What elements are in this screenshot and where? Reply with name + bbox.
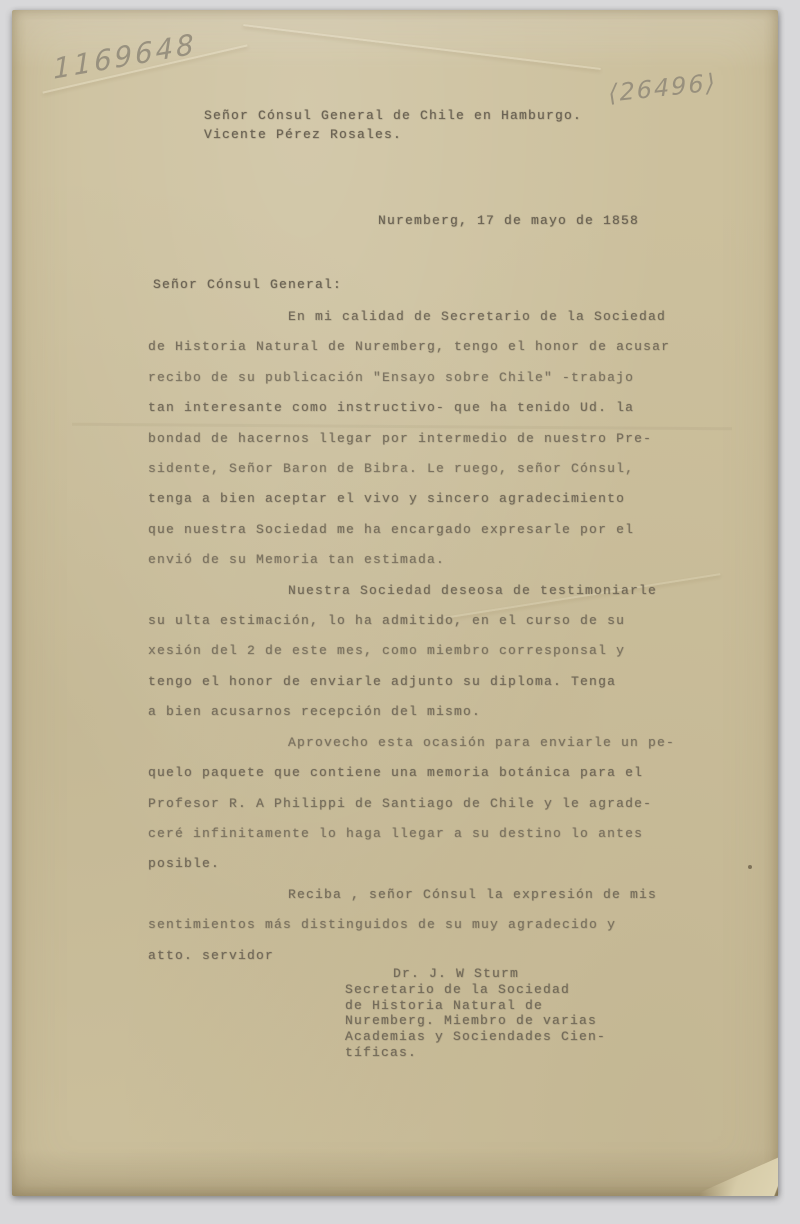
corner-fold [692, 1156, 778, 1196]
recipient-line: Vicente Pérez Rosales. [204, 125, 582, 144]
archival-number-handwritten: 1169648 [53, 27, 198, 86]
body-line: a bien acusarnos recepción del mismo. [148, 697, 738, 727]
body-line: su ulta estimación, lo ha admitido, en e… [148, 606, 738, 636]
recipient-line: Señor Cónsul General de Chile en Hamburg… [204, 106, 582, 125]
salutation: Señor Cónsul General: [153, 277, 342, 292]
signature-line: de Historia Natural de [345, 998, 606, 1014]
body-line: Nuestra Sociedad deseosa de testimoniarl… [148, 576, 738, 606]
letter-body: En mi calidad de Secretario de la Socied… [148, 302, 738, 971]
body-line: tengo el honor de enviarle adjunto su di… [148, 667, 738, 697]
body-line: de Historia Natural de Nuremberg, tengo … [148, 332, 738, 362]
paper-speck [748, 865, 752, 869]
body-line: que nuestra Sociedad me ha encargado exp… [148, 515, 738, 545]
signature-line: Secretario de la Sociedad [345, 982, 606, 998]
dateline: Nuremberg, 17 de mayo de 1858 [378, 213, 639, 228]
body-line: envió de su Memoria tan estimada. [148, 545, 738, 575]
letter-page: 1169648 ⟨26496⟩ Señor Cónsul General de … [12, 10, 778, 1196]
signature-line: Dr. J. W Sturm [345, 966, 606, 982]
body-line: recibo de su publicación "Ensayo sobre C… [148, 363, 738, 393]
body-line: quelo paquete que contiene una memoria b… [148, 758, 738, 788]
body-line: sidente, Señor Baron de Bibra. Le ruego,… [148, 454, 738, 484]
body-line: tan interesante como instructivo- que ha… [148, 393, 738, 423]
body-line: bondad de hacernos llegar por intermedio… [148, 424, 738, 454]
signature-line: tíficas. [345, 1045, 606, 1061]
signature-line: Nuremberg. Miembro de varias [345, 1013, 606, 1029]
body-line: ceré infinitamente lo haga llegar a su d… [148, 819, 738, 849]
paper-crease [243, 24, 601, 70]
body-line: posible. [148, 849, 738, 879]
body-line: tenga a bien aceptar el vivo y sincero a… [148, 484, 738, 514]
signature-line: Academias y Sociendades Cien- [345, 1029, 606, 1045]
catalog-number-handwritten: ⟨26496⟩ [608, 68, 717, 107]
signature-block: Dr. J. W SturmSecretario de la Sociedadd… [345, 966, 606, 1061]
body-line: En mi calidad de Secretario de la Socied… [148, 302, 738, 332]
body-line: sentimientos más distinguidos de su muy … [148, 910, 738, 940]
scan-background: 1169648 ⟨26496⟩ Señor Cónsul General de … [0, 0, 800, 1224]
body-line: Aprovecho esta ocasión para enviarle un … [148, 728, 738, 758]
body-line: xesión del 2 de este mes, como miembro c… [148, 636, 738, 666]
body-line: Profesor R. A Philippi de Santiago de Ch… [148, 789, 738, 819]
body-line: Reciba , señor Cónsul la expresión de mi… [148, 880, 738, 910]
recipient-block: Señor Cónsul General de Chile en Hamburg… [204, 106, 582, 144]
